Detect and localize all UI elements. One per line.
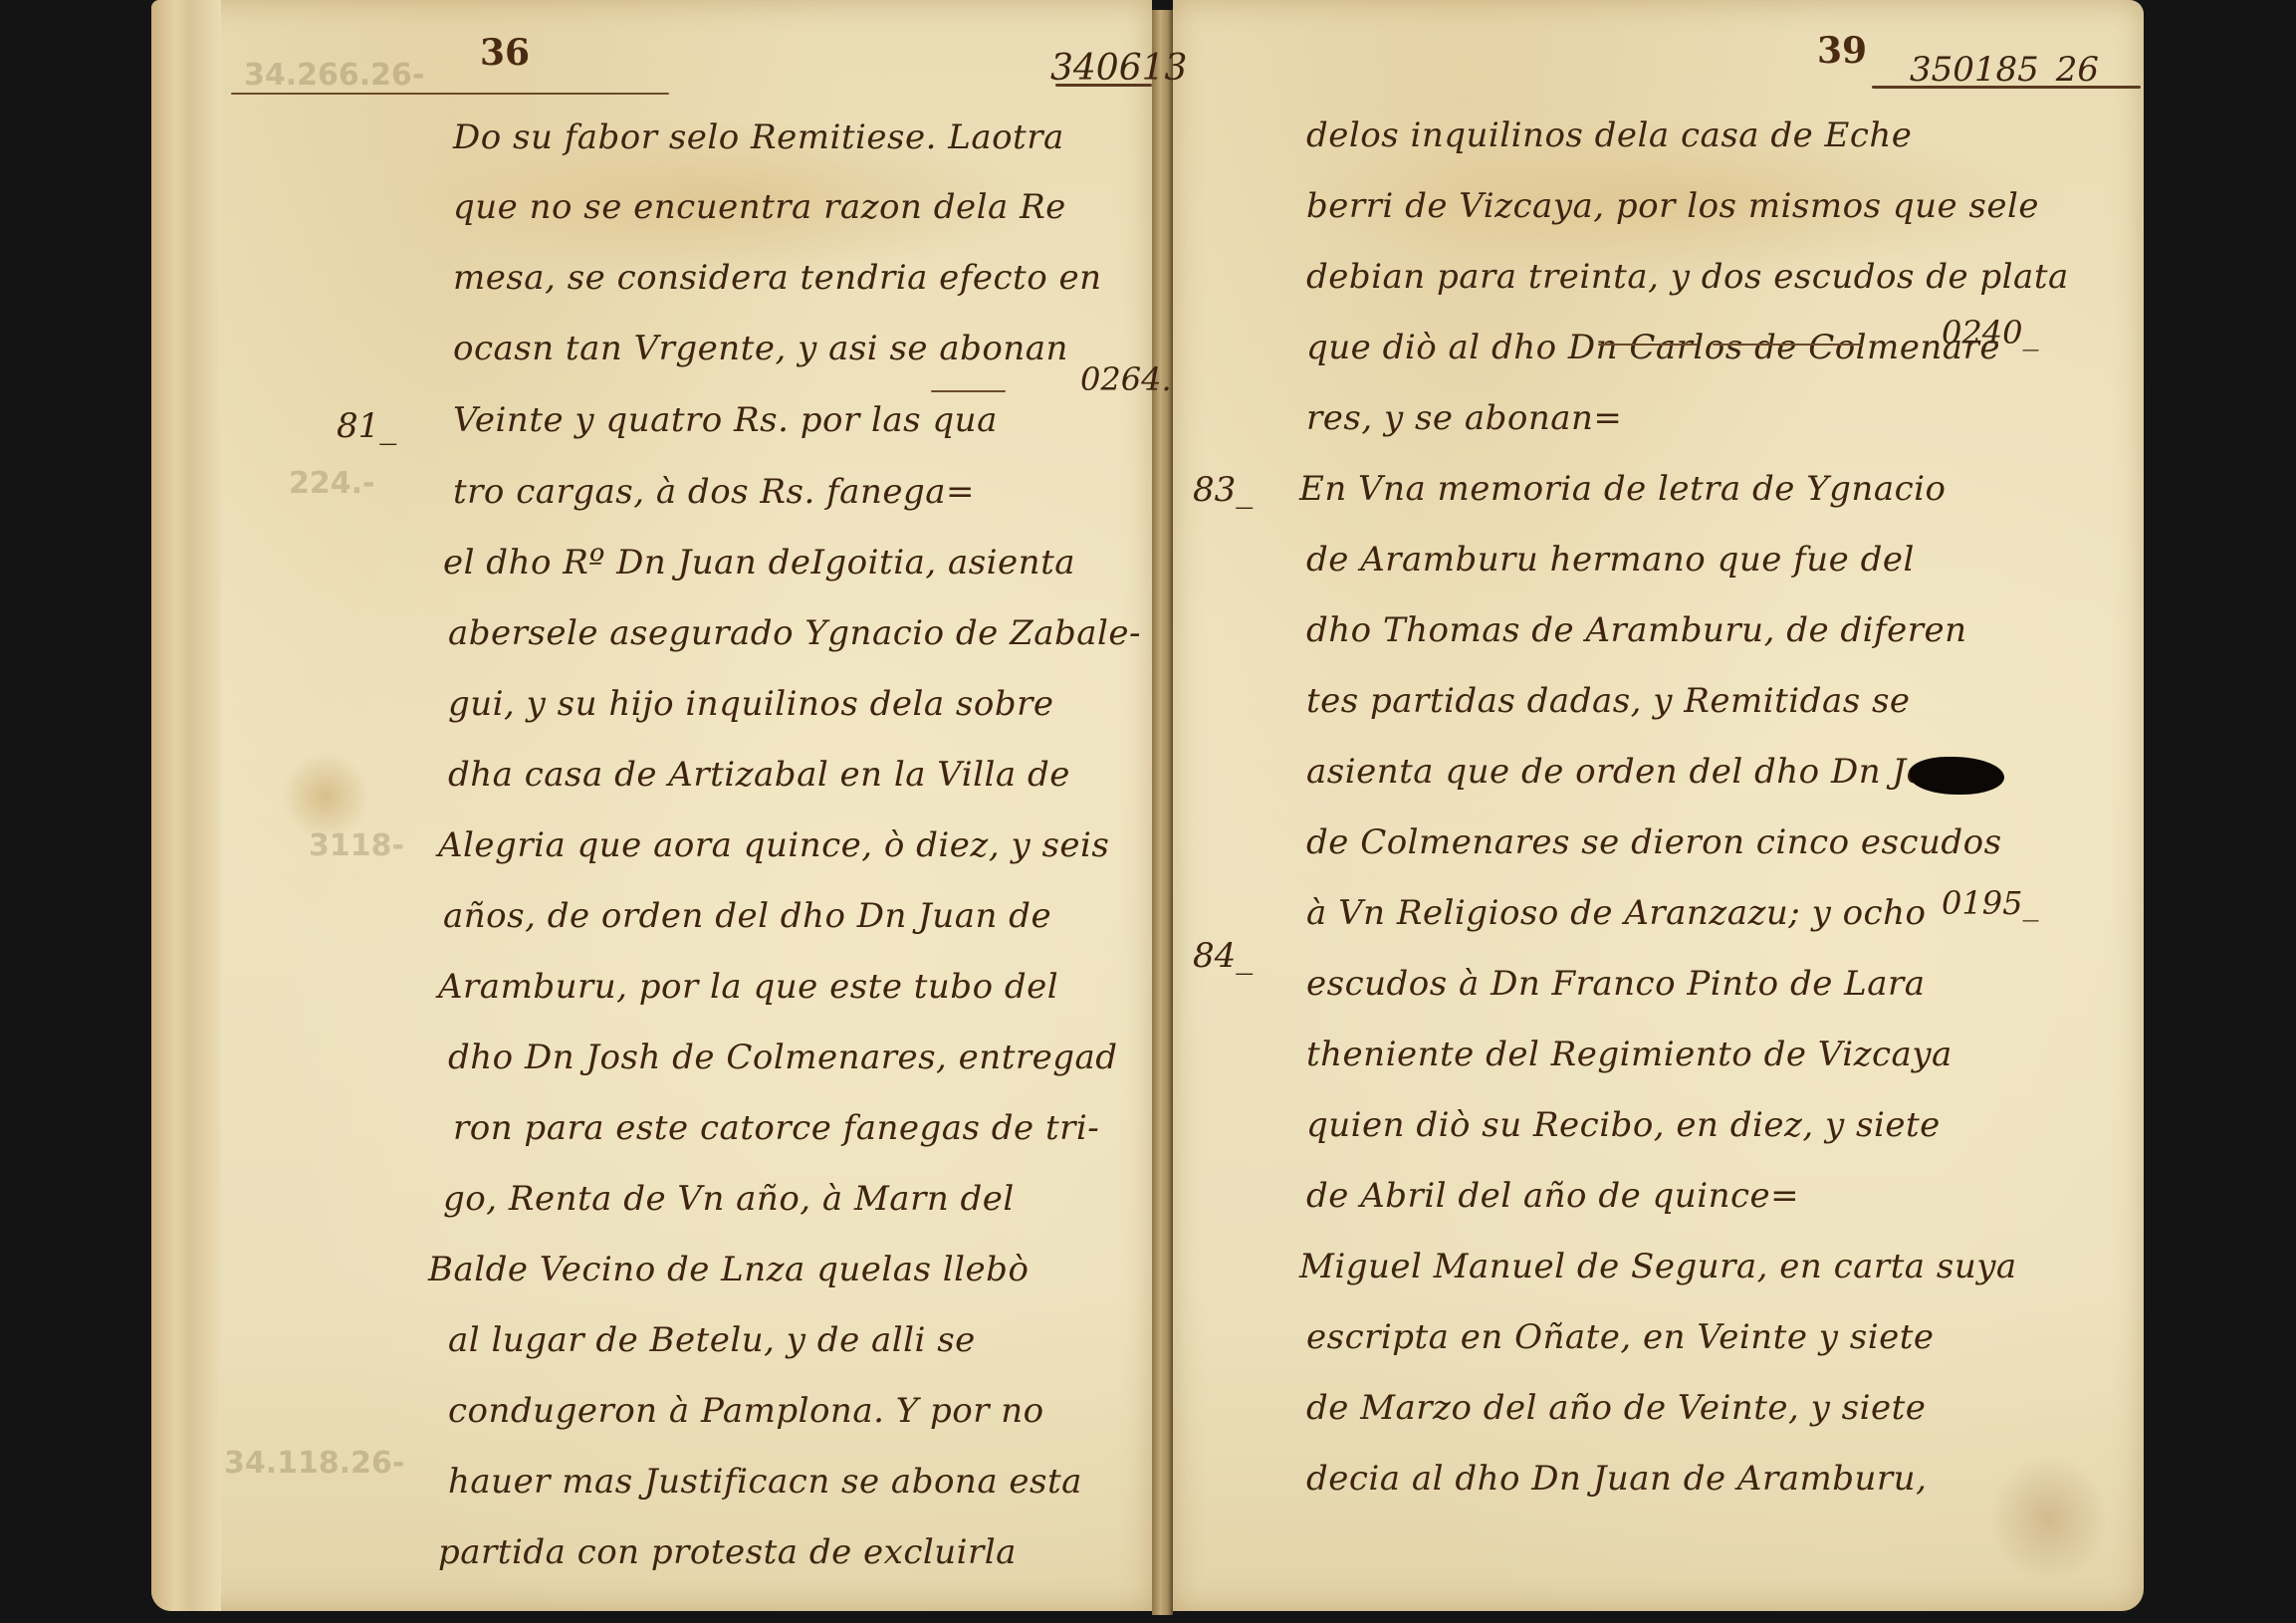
- amount-0195: 0195_: [1942, 884, 2038, 922]
- right-total-rule: [1872, 86, 2141, 89]
- text-line: go, Renta de Vn año, à Marn del: [443, 1179, 1015, 1219]
- text-line: años, de orden del dho Dn Juan de: [443, 896, 1051, 936]
- text-line: asienta que de orden del dho Dn Josh: [1306, 752, 1967, 792]
- text-line: quien diò su Recibo, en diez, y siete: [1306, 1105, 1941, 1145]
- text-line: debian para treinta, y dos escudos de pl…: [1306, 257, 2069, 297]
- text-line: Miguel Manuel de Segura, en carta suya: [1299, 1247, 2017, 1286]
- text-line: Balde Vecino de Lnza quelas llebò: [428, 1250, 1029, 1289]
- text-line: que no se encuentra razon dela Re: [453, 187, 1066, 227]
- amount-0240: 0240_: [1942, 314, 2038, 351]
- text-line: ocasn tan Vrgente, y asi se abonan: [453, 329, 1068, 368]
- left-header-rule: [231, 93, 669, 95]
- left-page: [151, 0, 1152, 1611]
- text-line: tes partidas dadas, y Remitidas se: [1306, 681, 1911, 721]
- right-page: [1173, 0, 2144, 1611]
- text-line: dho Dn Josh de Colmenares, entregad: [448, 1038, 1118, 1077]
- text-line: que diò al dho Dn Carlos de Colmenare: [1306, 328, 2000, 367]
- text-line: ron para este catorce fanegas de tri-: [453, 1108, 1099, 1148]
- ghost-bleedthrough-1: 34.266.26-: [244, 58, 424, 93]
- fill-line: [931, 390, 1006, 392]
- text-line: Alegria que aora quince, ò diez, y seis: [438, 825, 1109, 865]
- text-line: dha casa de Artizabal en la Villa de: [448, 755, 1070, 795]
- text-line: En Vna memoria de letra de Ygnacio: [1299, 469, 1946, 509]
- text-line: de Abril del año de quince=: [1306, 1176, 1799, 1216]
- ghost-bleedthrough-4: 34.118.26-: [224, 1446, 404, 1481]
- foxing-stain: [1989, 1454, 2109, 1583]
- text-line: abersele asegurado Ygnacio de Zabale-: [448, 613, 1141, 653]
- text-line: escripta en Oñate, en Veinte y siete: [1306, 1317, 1935, 1357]
- text-line: el dho Rº Dn Juan deIgoitia, asienta: [443, 543, 1075, 582]
- text-line: de Aramburu hermano que fue del: [1306, 540, 1915, 580]
- text-line: Aramburu, por la que este tubo del: [438, 967, 1058, 1007]
- text-line: berri de Vizcaya, por los mismos que sel…: [1306, 186, 2039, 226]
- text-line: de Colmenares se dieron cinco escudos: [1306, 822, 2002, 862]
- amount-0264: 0264.: [1080, 360, 1172, 398]
- entry-number-81: 81_: [337, 406, 396, 446]
- book-gutter: [1152, 10, 1173, 1615]
- left-total-rule: [1055, 84, 1152, 87]
- right-running-total-top: 350185_26_: [1910, 50, 2116, 90]
- text-line: gui, y su hijo inquilinos dela sobre: [448, 684, 1053, 724]
- text-line: partida con protesta de excluirla: [438, 1532, 1017, 1572]
- text-line: condugeron à Pamplona. Y por no: [448, 1391, 1044, 1431]
- ink-blot: [1910, 757, 2004, 795]
- ghost-bleedthrough-2: 224.-: [289, 466, 374, 501]
- ghost-bleedthrough-3: 3118-: [309, 828, 404, 863]
- text-line: res, y se abonan=: [1306, 398, 1622, 438]
- entry-number-83: 83_: [1193, 470, 1253, 510]
- left-running-total-top: 340613: [1050, 48, 1187, 89]
- text-line: Veinte y quatro Rs. por las qua: [453, 400, 998, 440]
- fill-line: [1713, 344, 1862, 346]
- text-line: theniente del Regimiento de Vizcaya: [1306, 1035, 1952, 1074]
- text-line: delos inquilinos dela casa de Eche: [1306, 116, 1912, 155]
- right-folio-mark: 39: [1817, 30, 1867, 72]
- text-line: Do su fabor selo Remitiese. Laotra: [453, 117, 1064, 157]
- text-line: escudos à Dn Franco Pinto de Lara: [1306, 964, 1926, 1004]
- text-line: de Marzo del año de Veinte, y siete: [1306, 1388, 1926, 1428]
- left-folio-mark: 36: [480, 32, 530, 74]
- text-line: mesa, se considera tendria efecto en: [453, 258, 1102, 298]
- text-line: dho Thomas de Aramburu, de diferen: [1306, 610, 1967, 650]
- text-line: al lugar de Betelu, y de alli se: [448, 1320, 976, 1360]
- text-line: hauer mas Justificacn se abona esta: [448, 1462, 1082, 1502]
- text-line: decia al dho Dn Juan de Aramburu,: [1306, 1459, 1927, 1499]
- entry-number-84: 84_: [1193, 936, 1253, 976]
- text-line: tro cargas, à dos Rs. fanega=: [453, 472, 975, 512]
- text-line: à Vn Religioso de Aranzazu; y ocho: [1306, 893, 1926, 933]
- fill-line: [1598, 344, 1698, 346]
